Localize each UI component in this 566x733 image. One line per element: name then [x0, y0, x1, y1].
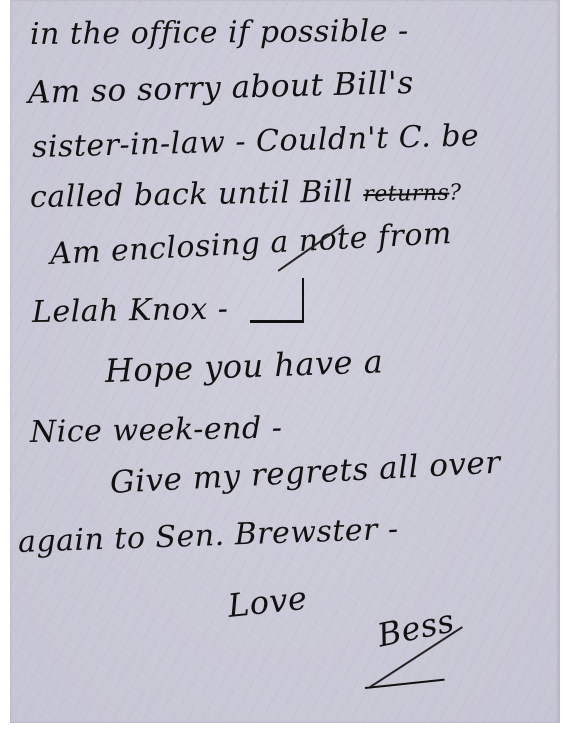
letter-line-1: in the office if possible - [30, 17, 409, 50]
letter-line-4: called back until Bill returns? [30, 175, 462, 213]
connector-bracket [302, 278, 304, 322]
letter-line-9: Give my regrets all over [109, 448, 501, 499]
letter-line-6: Lelah Knox - [32, 295, 229, 328]
letter-signature: Bess [375, 604, 457, 651]
question-mark: ? [449, 180, 462, 205]
letter-line-10: again to Sen. Brewster - [17, 515, 399, 558]
letter-paper: in the office if possible - Am so sorry … [10, 0, 560, 723]
connector-base [250, 320, 304, 323]
letter-line-2: Am so sorry about Bill's [28, 68, 415, 109]
scanned-page: in the office if possible - Am so sorry … [0, 0, 566, 733]
letter-closing: Love [226, 582, 308, 622]
letter-line-8: Nice week-end - [30, 414, 283, 448]
letter-line-3: sister-in-law - Couldn't C. be [32, 121, 480, 163]
letter-line-7: Hope you have a [104, 345, 383, 387]
struck-word: returns [363, 181, 449, 207]
letter-line-4-text: called back until Bill [30, 174, 364, 215]
letter-line-5: Am enclosing a note from [49, 219, 452, 270]
